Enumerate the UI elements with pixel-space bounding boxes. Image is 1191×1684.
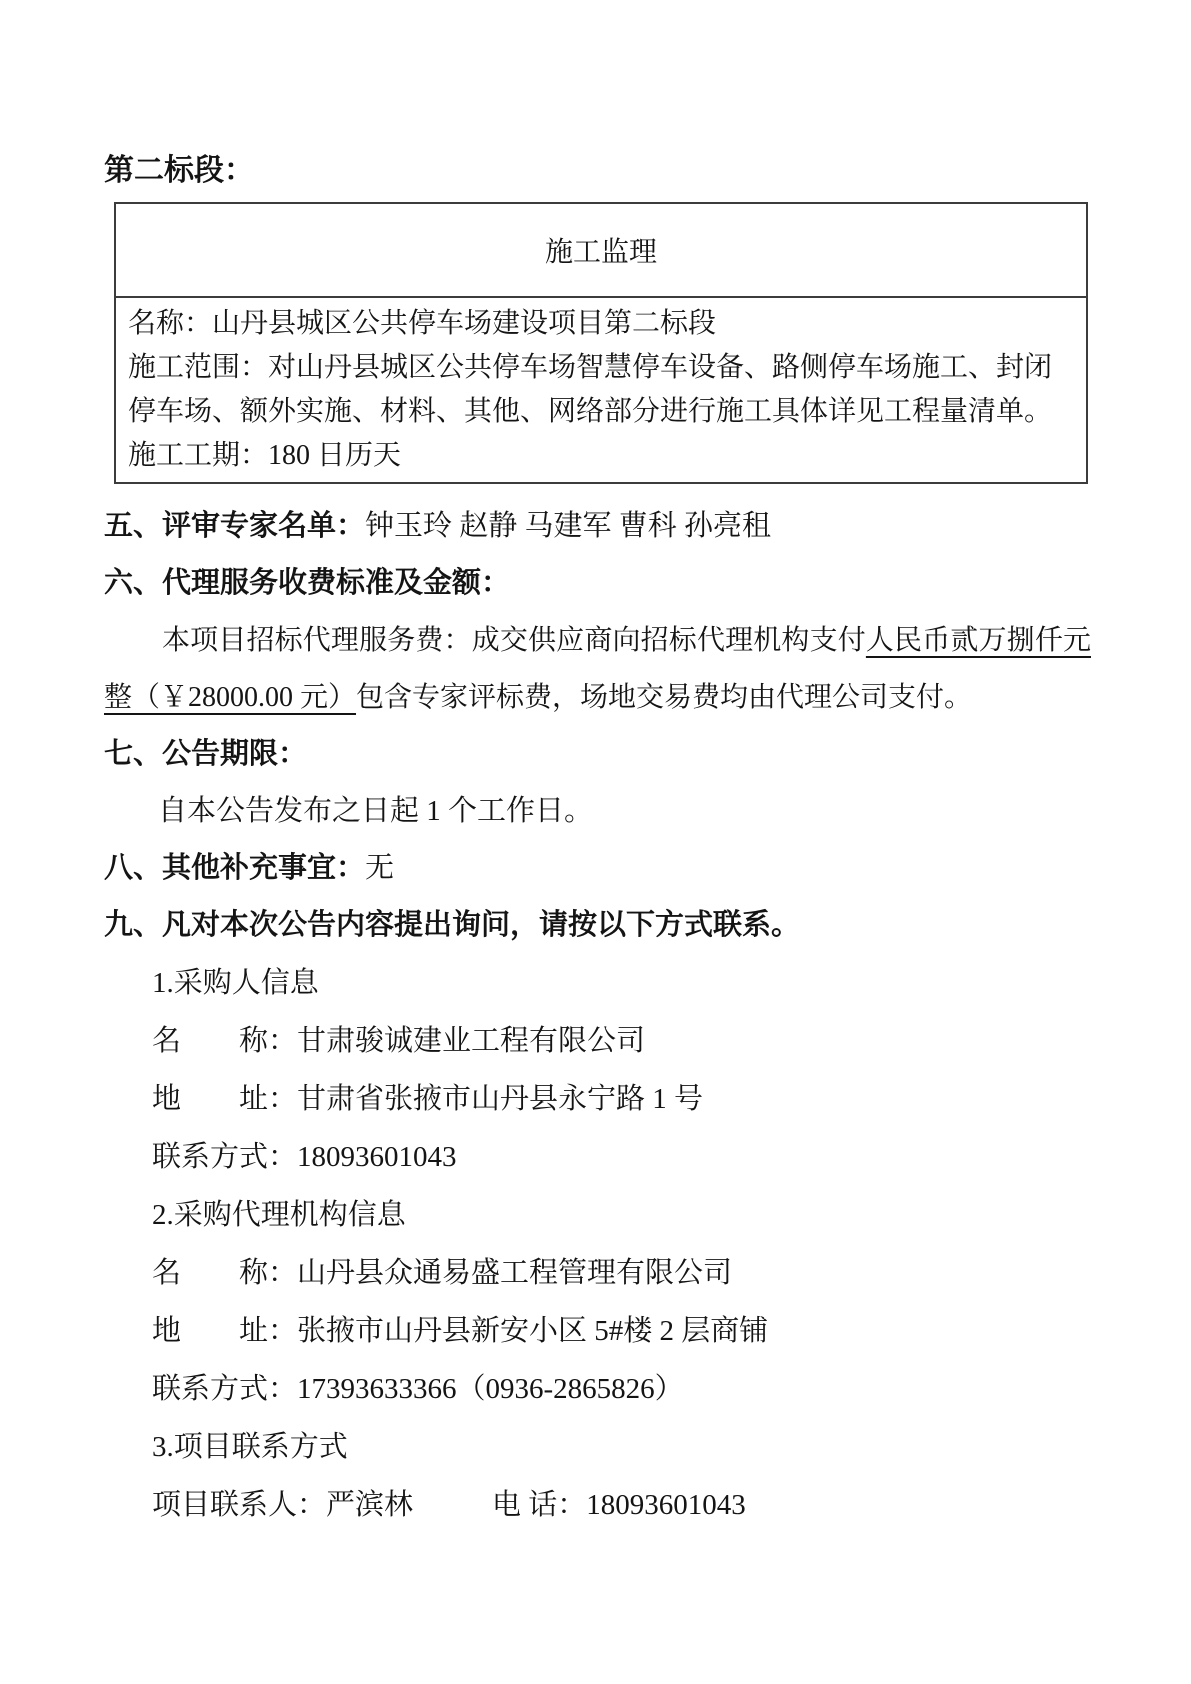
project-contact-heading: 3.项目联系方式 (104, 1418, 1091, 1476)
lot2-table-body-cell: 名称：山丹县城区公共停车场建设项目第二标段 施工范围：对山丹县城区公共停车场智慧… (115, 297, 1087, 483)
section8-value: 无 (365, 852, 394, 884)
agency-heading: 2.采购代理机构信息 (104, 1186, 1091, 1244)
section6-fee-paragraph: 本项目招标代理服务费：成交供应商向招标代理机构支付人民币贰万捌仟元整（￥2800… (104, 612, 1091, 726)
agency-address-line: 地 址：张掖市山丹县新安小区 5#楼 2 层商铺 (104, 1302, 1091, 1360)
section5-experts: 钟玉玲 赵静 马建军 曹科 孙亮租 (365, 510, 771, 542)
section9-heading: 九、凡对本次公告内容提出询问，请按以下方式联系。 (104, 897, 1091, 954)
lot2-name-line: 名称：山丹县城区公共停车场建设项目第二标段 (128, 302, 1074, 346)
fee-text-normal-1: 本项目招标代理服务费：成交供应商向招标代理机构支付 (162, 625, 866, 656)
lot2-table: 施工监理 名称：山丹县城区公共停车场建设项目第二标段 施工范围：对山丹县城区公共… (114, 202, 1088, 484)
lot2-heading: 第二标段： (104, 150, 1091, 192)
lot2-scope-line: 施工范围：对山丹县城区公共停车场智慧停车设备、路侧停车场施工、封闭停车场、额外实… (128, 346, 1074, 434)
section6-heading: 六、代理服务收费标准及金额： (104, 555, 1091, 612)
purchaser-heading: 1.采购人信息 (104, 954, 1091, 1012)
section7-body: 自本公告发布之日起 1 个工作日。 (104, 783, 1091, 840)
document-page: 第二标段： 施工监理 名称：山丹县城区公共停车场建设项目第二标段 施工范围：对山… (0, 0, 1191, 1684)
project-contact-phone: 电 话：18093601043 (492, 1489, 746, 1521)
lot2-table-header-row: 施工监理 (115, 203, 1087, 297)
lot2-duration-line: 施工工期：180 日历天 (128, 434, 1074, 478)
section5-line: 五、评审专家名单：钟玉玲 赵静 马建军 曹科 孙亮租 (104, 498, 1091, 555)
fee-text-normal-2: 包含专家评标费，场地交易费均由代理公司支付。 (356, 682, 972, 713)
project-contact-person: 项目联系人：严滨林 (152, 1476, 492, 1534)
purchaser-address-line: 地 址：甘肃省张掖市山丹县永宁路 1 号 (104, 1070, 1091, 1128)
purchaser-contact-line: 联系方式：18093601043 (104, 1128, 1091, 1186)
agency-contact-line: 联系方式：17393633366（0936-2865826） (104, 1360, 1091, 1418)
lot2-table-header-cell: 施工监理 (115, 203, 1087, 297)
section8-label: 八、其他补充事宜： (104, 852, 365, 884)
document-content: 第二标段： 施工监理 名称：山丹县城区公共停车场建设项目第二标段 施工范围：对山… (0, 0, 1191, 1534)
agency-name-line: 名 称：山丹县众通易盛工程管理有限公司 (104, 1244, 1091, 1302)
purchaser-name-line: 名 称：甘肃骏诚建业工程有限公司 (104, 1012, 1091, 1070)
section7-heading: 七、公告期限： (104, 726, 1091, 783)
section5-label: 五、评审专家名单： (104, 510, 365, 542)
section8-line: 八、其他补充事宜：无 (104, 840, 1091, 897)
lot2-table-body-row: 名称：山丹县城区公共停车场建设项目第二标段 施工范围：对山丹县城区公共停车场智慧… (115, 297, 1087, 483)
project-contact-line: 项目联系人：严滨林电 话：18093601043 (104, 1476, 1091, 1534)
